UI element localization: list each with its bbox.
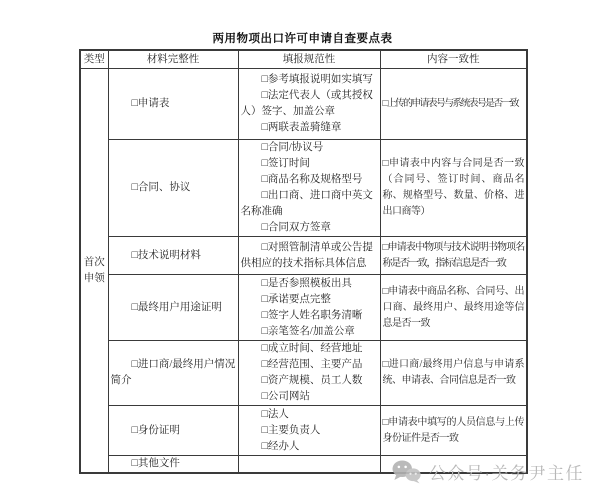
checkbox-item: □签字人姓名职务清晰 [241, 308, 378, 324]
checkbox-item: □法定代表人（或其授权人）签字、加盖公章 [241, 88, 378, 120]
checkbox-item: □申请表中商品名称、合同号、出口商、最终用户、最终用途等信息是否一致 [383, 284, 525, 332]
checkbox-item: □签订时间 [241, 156, 378, 172]
checkbox-item: □商品名称及规格型号 [241, 172, 378, 188]
watermark-text: 公众号·关务尹主任 [429, 459, 584, 484]
checkbox-item: □经营范围、主要产品 [241, 357, 378, 373]
document-title: 两用物项出口许可申请自查要点表 [79, 30, 526, 46]
standard-cell: □成立时间、经营地址 □经营范围、主要产品 □资产规模、员工人数 □公司网站 [238, 341, 380, 406]
checkbox-item: □参考填报说明如实填写 [241, 72, 378, 88]
header-row: 类型 材料完整性 填报规范性 内容一致性 [80, 50, 527, 69]
standard-cell: □合同/协议号 □签订时间 □商品名称及规格型号 □出口商、进口商中英文名称准确… [238, 140, 380, 237]
checkbox-item: □申请表中填写的人员信息与上传身份证件是否一致 [383, 415, 525, 447]
consistency-cell: □申请表中物项与技术说明书物项名称是否一致，指标信息是否一致 [380, 237, 527, 275]
material-cell: □申请表 [108, 69, 238, 140]
checkbox-item: □上传的申请表号与系统表号是否一致 [383, 96, 525, 112]
table-row-application-form: 首次申领 □申请表 □参考填报说明如实填写 □法定代表人（或其授权人）签字、加盖… [80, 69, 527, 140]
table-row-identity-proof: □身份证明 □法人 □主要负责人 □经办人 □申请表中填写的人员信息与上传身份证… [80, 406, 527, 456]
self-check-table: 类型 材料完整性 填报规范性 内容一致性 首次申领 □申请表 □参考填报说明如实… [79, 49, 528, 474]
watermark: 公众号·关务尹主任 [391, 458, 584, 484]
consistency-cell: □申请表中内容与合同是否一致（合同号、签订时间、商品名称、规格型号、数量、价格、… [380, 140, 527, 237]
material-cell: □身份证明 [108, 406, 238, 456]
checkbox-item: □主要负责人 [241, 423, 378, 439]
consistency-cell: □申请表中商品名称、合同号、出口商、最终用户、最终用途等信息是否一致 [380, 275, 527, 341]
checkbox-item: □经办人 [241, 439, 378, 455]
material-cell: □进口商/最终用户情况简介 [108, 341, 238, 406]
checkbox-item: □进口商/最终用户情况简介 [111, 357, 236, 389]
checkbox-item: □亲笔签名/加盖公章 [241, 324, 378, 340]
checkbox-item: □公司网站 [241, 389, 378, 405]
checkbox-item: □身份证明 [111, 423, 236, 439]
checkbox-item: □两联表盖骑缝章 [241, 120, 378, 136]
standard-cell: □法人 □主要负责人 □经办人 [238, 406, 380, 456]
checkbox-item: □技术说明材料 [111, 248, 236, 264]
checkbox-item: □进口商/最终用户信息与申请系统、申请表、合同信息是否一致 [383, 357, 525, 389]
table-row-contract: □合同、协议 □合同/协议号 □签订时间 □商品名称及规格型号 □出口商、进口商… [80, 140, 527, 237]
header-material-completeness: 材料完整性 [108, 50, 238, 69]
standard-cell: □对照管制清单或公告提供相应的技术指标具体信息 [238, 237, 380, 275]
table-row-importer-profile: □进口商/最终用户情况简介 □成立时间、经营地址 □经营范围、主要产品 □资产规… [80, 341, 527, 406]
material-cell: □其他文件 [108, 456, 238, 474]
type-cell-first-application: 首次申领 [80, 69, 108, 474]
header-type: 类型 [80, 50, 108, 69]
checkbox-item: □合同、协议 [111, 180, 236, 196]
checkbox-item: □资产规模、员工人数 [241, 373, 378, 389]
checkbox-item: □最终用户用途证明 [111, 300, 236, 316]
table-row-end-user-certificate: □最终用户用途证明 □是否参照模板出具 □承诺要点完整 □签字人姓名职务清晰 □… [80, 275, 527, 341]
checkbox-item: □对照管制清单或公告提供相应的技术指标具体信息 [241, 240, 378, 272]
material-cell: □技术说明材料 [108, 237, 238, 275]
checkbox-item: □申请表 [111, 96, 236, 112]
header-content-consistency: 内容一致性 [380, 50, 527, 69]
checkbox-item: □出口商、进口商中英文名称准确 [241, 188, 378, 220]
checkbox-item: □成立时间、经营地址 [241, 341, 378, 357]
checkbox-item: □申请表中内容与合同是否一致（合同号、签订时间、商品名称、规格型号、数量、价格、… [383, 156, 525, 220]
checkbox-item: □申请表中物项与技术说明书物项名称是否一致，指标信息是否一致 [383, 240, 525, 272]
checkbox-item: □合同双方签章 [241, 220, 378, 236]
checkbox-item: □合同/协议号 [241, 140, 378, 156]
consistency-cell: □上传的申请表号与系统表号是否一致 [380, 69, 527, 140]
material-cell: □合同、协议 [108, 140, 238, 237]
header-filling-standard: 填报规范性 [238, 50, 380, 69]
standard-cell: □参考填报说明如实填写 □法定代表人（或其授权人）签字、加盖公章 □两联表盖骑缝… [238, 69, 380, 140]
standard-cell: □是否参照模板出具 □承诺要点完整 □签字人姓名职务清晰 □亲笔签名/加盖公章 [238, 275, 380, 341]
consistency-cell: □进口商/最终用户信息与申请系统、申请表、合同信息是否一致 [380, 341, 527, 406]
wechat-icon [391, 458, 421, 484]
standard-cell [238, 456, 380, 474]
checkbox-item: □是否参照模板出具 [241, 276, 378, 292]
consistency-cell: □申请表中填写的人员信息与上传身份证件是否一致 [380, 406, 527, 456]
material-cell: □最终用户用途证明 [108, 275, 238, 341]
table-row-technical-description: □技术说明材料 □对照管制清单或公告提供相应的技术指标具体信息 □申请表中物项与… [80, 237, 527, 275]
checkbox-item: □法人 [241, 407, 378, 423]
checkbox-item: □其他文件 [111, 456, 236, 472]
checkbox-item: □承诺要点完整 [241, 292, 378, 308]
